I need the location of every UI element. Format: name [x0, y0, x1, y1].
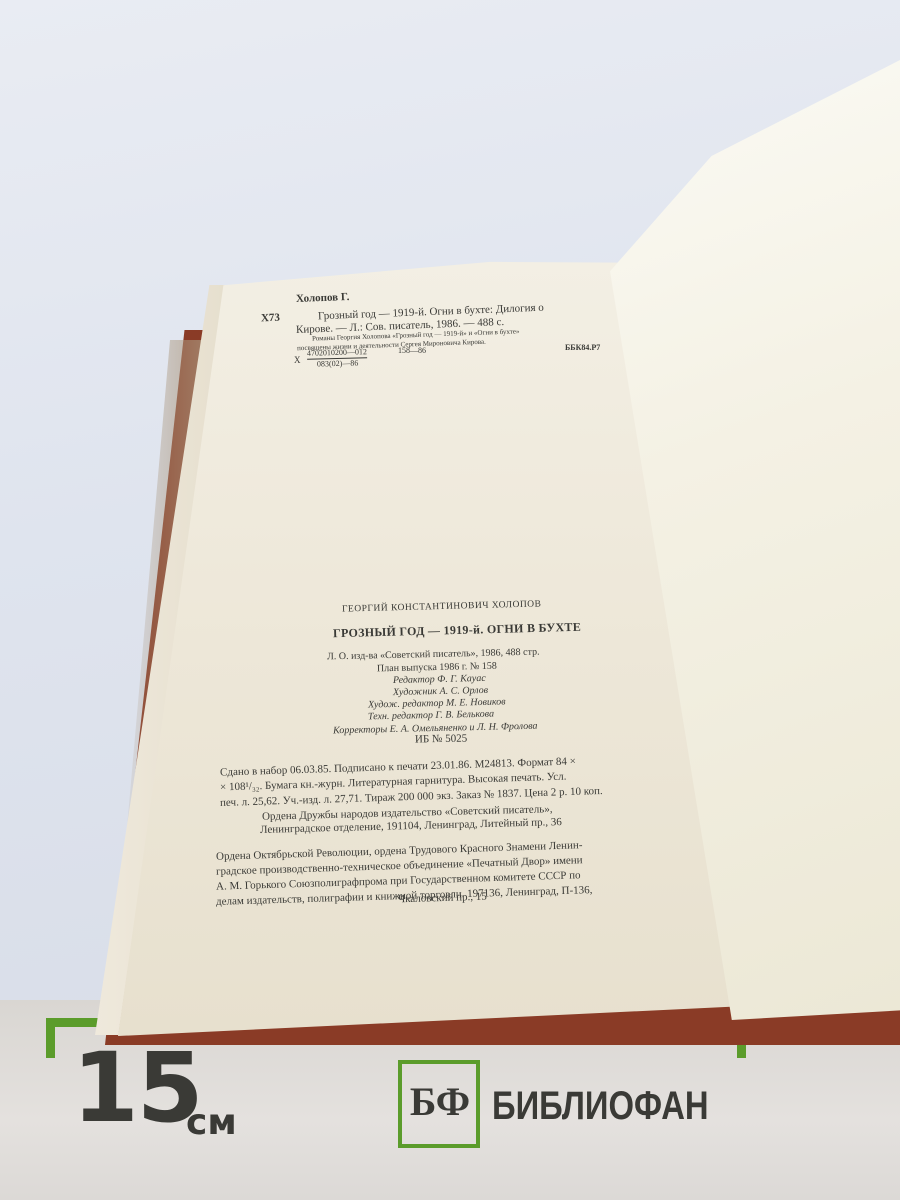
size-value: 15 — [72, 1040, 202, 1136]
isbn-prefix: Х — [294, 356, 301, 365]
logo-letters: БФ — [402, 1082, 478, 1122]
isbn-denominator: 083(02)—86 — [317, 359, 359, 368]
bib-author: Холопов Г. — [296, 292, 350, 305]
editor-line: Редактор Ф. Г. Каyac — [393, 674, 486, 686]
brand-name: БИБЛИОФАН — [492, 1086, 709, 1126]
ib-number: ИБ № 5025 — [415, 734, 467, 746]
isbn-suffix: 158—86 — [398, 347, 426, 355]
classification-code: Х73 — [261, 313, 280, 325]
bbk-code: ББК84.Р7 — [565, 344, 600, 352]
photo-scene: 15 см БФ БИБЛИОФАН Х73 Холопов Г. Грозны… — [0, 0, 900, 1200]
size-unit: см — [186, 1105, 237, 1141]
